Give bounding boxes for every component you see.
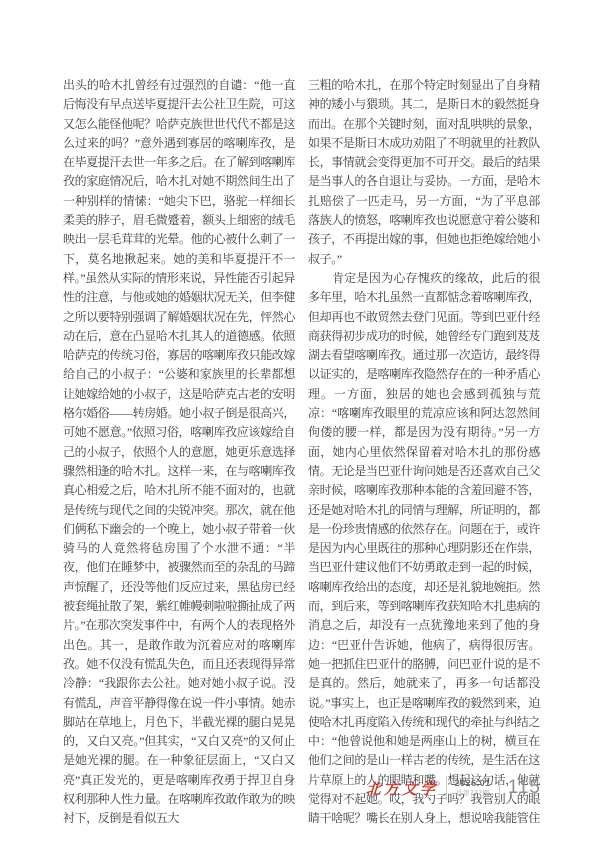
issue-number: 总第777期: [456, 790, 489, 798]
body-text-paragraph: 三粗的哈木扎，在那个特定时刻显出了自身精神的矮小与猥琐。其二，是斯日木的毅然挺身…: [308, 76, 540, 269]
page-number: 115: [508, 777, 541, 799]
body-text: 出头的哈木扎曾经有过强烈的自谴：“他一直后悔没有早点送毕夏提汗去公社卫生院，可这…: [63, 76, 541, 829]
page-footer: 北方文学 2026.01 总第777期 115: [366, 776, 541, 800]
body-text-paragraph: 出头的哈木扎曾经有过强烈的自谴：“他一直后悔没有早点送毕夏提汗去公社卫生院，可这…: [63, 76, 295, 829]
issue-block: 2026.01 总第777期: [455, 778, 491, 797]
footer-divider: [499, 776, 500, 800]
body-text-paragraph: 肯定是因为心存愧疚的缘故，此后的很多年里，哈木扎虽然一直都惦念着喀喇库孜，但却再…: [308, 269, 540, 829]
magazine-page: 出头的哈木扎曾经有过强烈的自谴：“他一直后悔没有早点送毕夏提汗去公社卫生院，可这…: [0, 0, 595, 842]
right-column: 三粗的哈木扎，在那个特定时刻显出了自身精神的矮小与猥琐。其二，是斯日木的毅然挺身…: [308, 76, 540, 829]
left-column: 出头的哈木扎曾经有过强烈的自谴：“他一直后悔没有早点送毕夏提汗去公社卫生院，可这…: [63, 76, 295, 829]
issue-date: 2026.01: [455, 778, 491, 789]
journal-logo: 北方文学: [365, 778, 438, 799]
footer-divider: [446, 776, 447, 800]
